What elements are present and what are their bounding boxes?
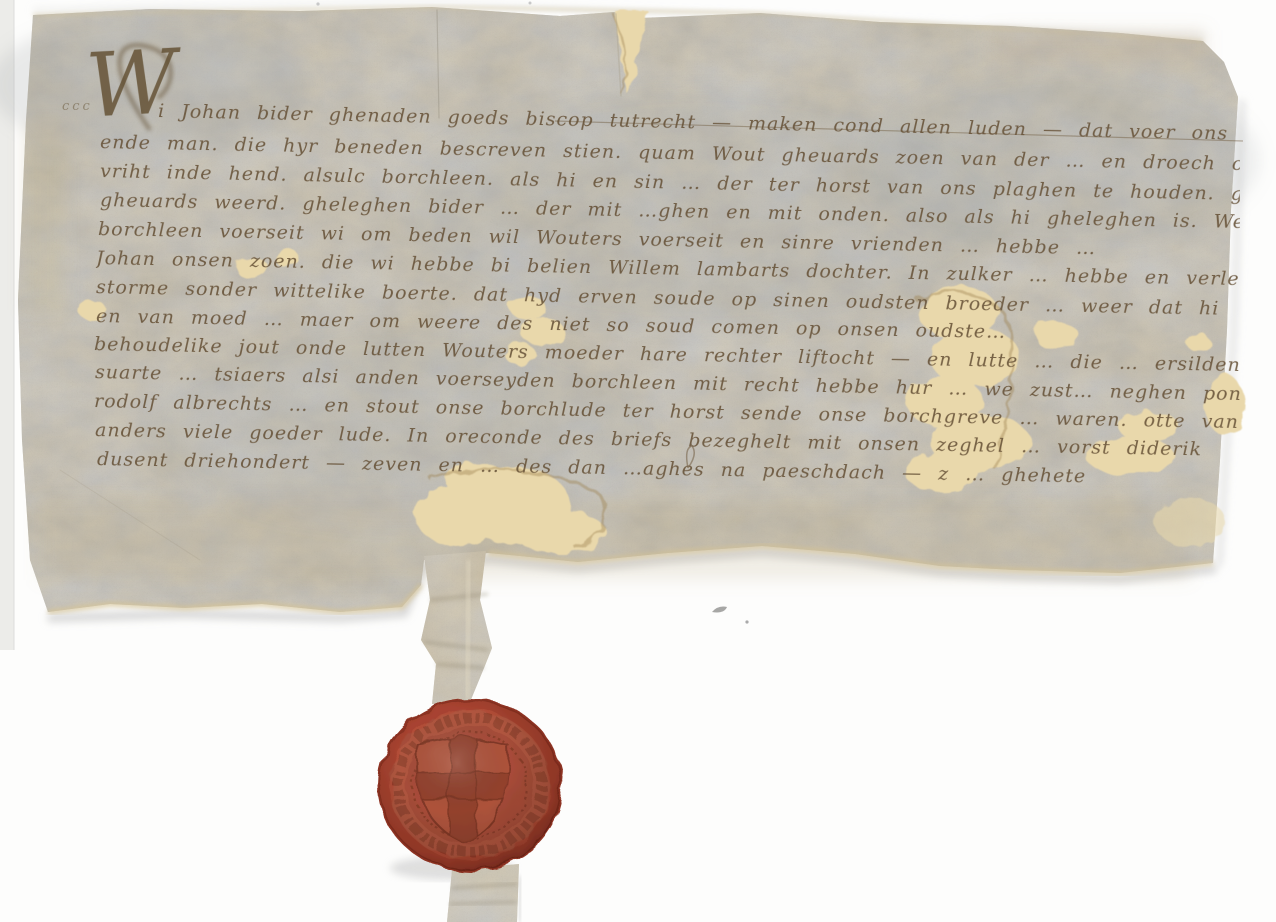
marginal-mark: ccc: [62, 99, 93, 114]
wax-seal: [379, 700, 561, 870]
stain-blob: [515, 510, 605, 554]
seal-dust: [390, 711, 550, 859]
seal-tag-lower: [447, 864, 521, 922]
tag-lower-shadow: [519, 876, 521, 922]
stain-blob: [1155, 497, 1225, 547]
scanned-charter-image: W ccc i Johan bider ghenaden goeds bisco…: [0, 0, 1276, 922]
seal-tag-upper: [421, 551, 492, 704]
tag-highlight: [466, 560, 470, 700]
